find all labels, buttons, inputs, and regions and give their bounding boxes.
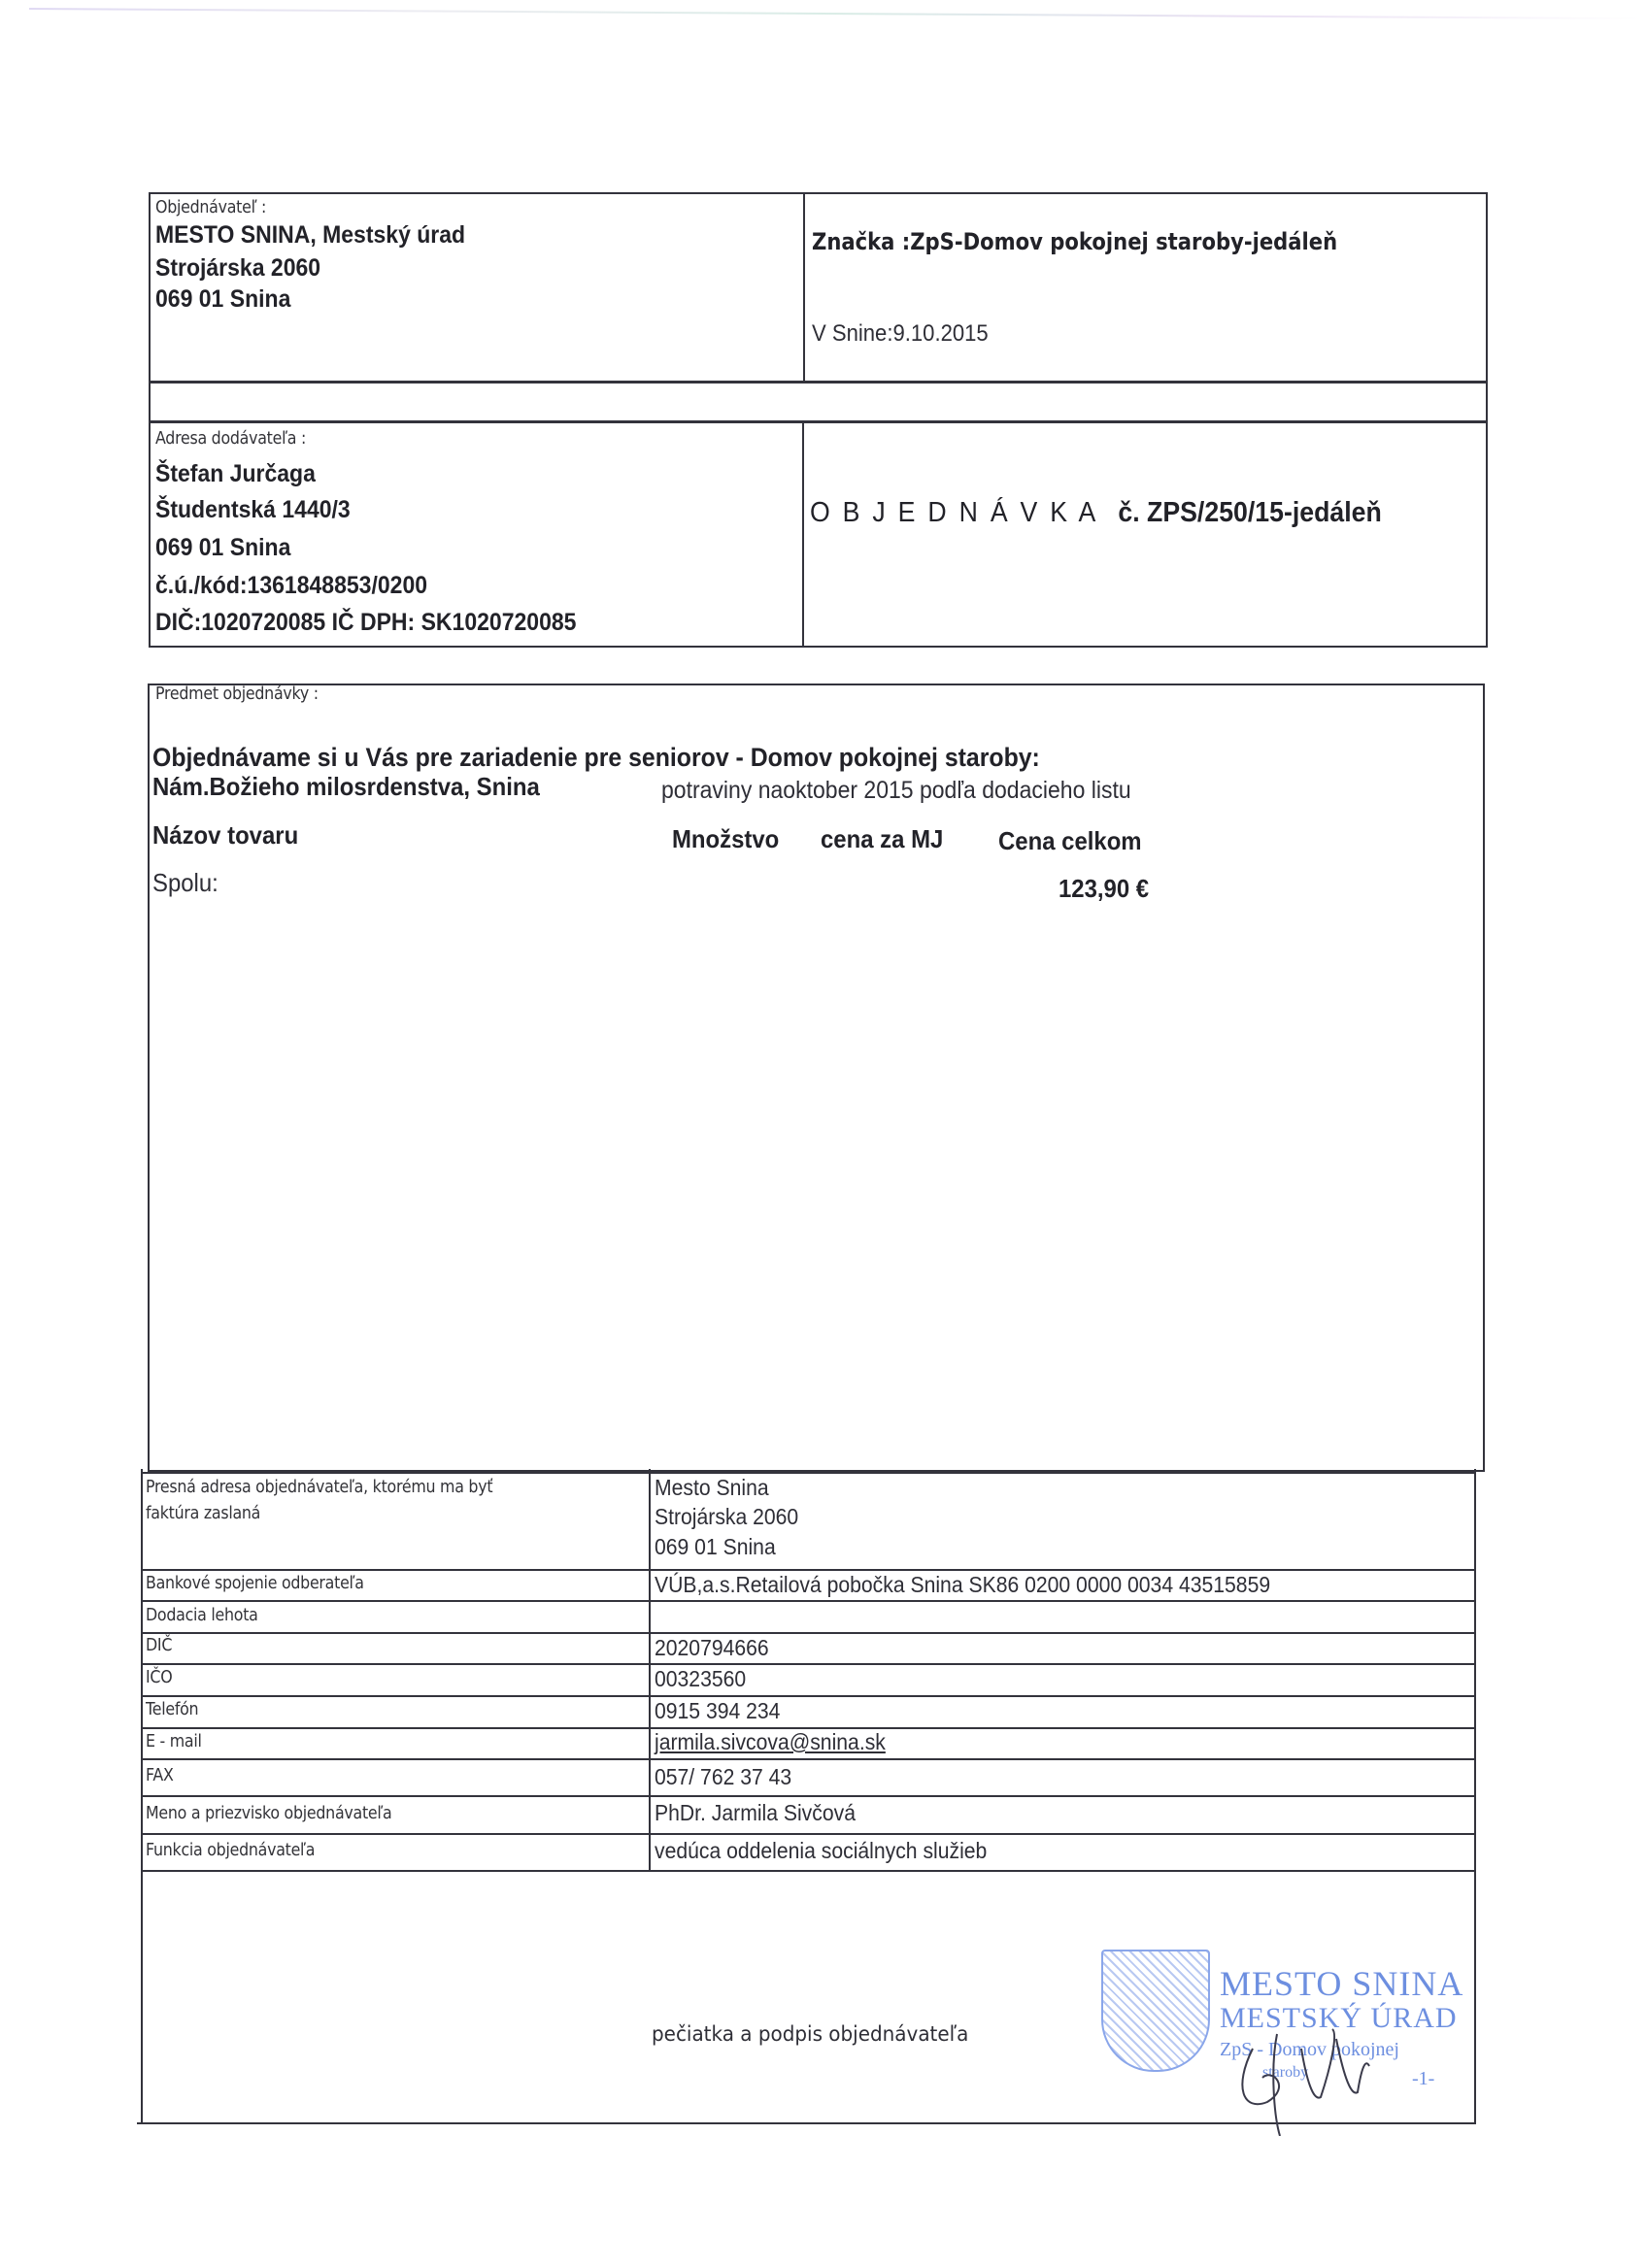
header-divider (803, 192, 805, 383)
details-row-line (141, 1600, 1476, 1602)
row-value-invoice-street: Strojárska 2060 (655, 1504, 798, 1530)
orderer-label: Objednávateľ : (155, 197, 266, 217)
details-row-line (141, 1569, 1476, 1571)
total-value: 123,90 € (1059, 874, 1149, 904)
column-quantity: Množstvo (672, 824, 779, 854)
supplier-city: 069 01 Snina (155, 534, 290, 562)
details-row-line (141, 1695, 1476, 1697)
total-label: Spolu: (152, 868, 218, 898)
order-title-spaced: O B J E D N Á V K A (810, 497, 1098, 528)
row-label-invoice-address-2: faktúra zaslaná (146, 1503, 260, 1523)
column-total-price: Cena celkom (998, 826, 1142, 856)
details-row-line (141, 1870, 1476, 1872)
row-label-invoice-address: Presná adresa objednávateľa, ktorému ma … (146, 1477, 492, 1497)
handwritten-signature-icon (1107, 1942, 1496, 2136)
details-row-line (141, 1833, 1476, 1835)
row-label-fax: FAX (146, 1765, 174, 1785)
row-value-fax: 057/ 762 37 43 (655, 1764, 791, 1790)
subject-line1: Objednávame si u Vás pre zariadenie pre … (152, 743, 1040, 773)
signature-label: pečiatka a podpis objednávateľa (652, 2022, 968, 2046)
details-row-line (141, 1758, 1476, 1760)
row-value-bank: VÚB,a.s.Retailová pobočka Snina SK86 020… (655, 1572, 1270, 1598)
spacer-band (149, 382, 1488, 423)
row-label-email: E - mail (146, 1731, 202, 1751)
column-unit-price: cena za MJ (821, 824, 943, 854)
row-value-invoice-name: Mesto Snina (655, 1475, 769, 1501)
orderer-street: Strojárska 2060 (155, 254, 320, 283)
supplier-street: Študentská 1440/3 (155, 496, 351, 524)
scan-artifact-line (29, 8, 1641, 19)
details-row-line (141, 1472, 1476, 1474)
order-title: O B J E D N Á V K A č. ZPS/250/15-jedále… (810, 497, 1382, 529)
row-value-ico: 00323560 (655, 1666, 746, 1692)
place-date: V Snine:9.10.2015 (812, 320, 989, 348)
details-column-divider (649, 1469, 651, 1872)
supplier-label: Adresa dodávateľa : (155, 428, 306, 449)
supplier-account: č.ú./kód:1361848853/0200 (155, 572, 427, 600)
row-label-phone: Telefón (146, 1699, 198, 1719)
subject-label: Predmet objednávky : (155, 684, 319, 704)
supplier-name: Štefan Jurčaga (155, 460, 316, 488)
orderer-city: 069 01 Snina (155, 285, 290, 314)
row-value-orderer-function: vedúca oddelenia sociálnych služieb (655, 1838, 987, 1864)
row-label-orderer-function: Funkcia objednávateľa (146, 1840, 315, 1860)
supplier-tax-ids: DIČ:1020720085 IČ DPH: SK1020720085 (155, 609, 576, 637)
row-label-ico: IČO (146, 1667, 172, 1687)
row-label-delivery-term: Dodacia lehota (146, 1605, 258, 1625)
details-row-line (141, 1663, 1476, 1665)
details-row-line (141, 1632, 1476, 1634)
details-row-line (141, 1795, 1476, 1797)
subject-description: potraviny naoktober 2015 podľa dodacieho… (661, 777, 1131, 805)
row-value-invoice-city: 069 01 Snina (655, 1534, 776, 1560)
supplier-divider (802, 420, 804, 648)
reference-mark: Značka :ZpS-Domov pokojnej staroby-jedál… (812, 228, 1337, 255)
row-label-dic: DIČ (146, 1635, 172, 1655)
row-label-orderer-name: Meno a priezvisko objednávateľa (146, 1803, 392, 1823)
row-value-dic: 2020794666 (655, 1635, 769, 1661)
row-value-orderer-name: PhDr. Jarmila Sivčová (655, 1800, 856, 1826)
subject-location: Nám.Božieho milosrdenstva, Snina (152, 772, 540, 802)
orderer-name: MESTO SNINA, Mestský úrad (155, 221, 465, 250)
order-number: č. ZPS/250/15-jedáleň (1118, 497, 1381, 528)
column-name: Názov tovaru (152, 820, 298, 850)
row-label-bank: Bankové spojenie odberateľa (146, 1573, 364, 1593)
row-value-email-link[interactable]: jarmila.sivcova@snina.sk (655, 1729, 886, 1755)
row-value-phone: 0915 394 234 (655, 1698, 780, 1724)
